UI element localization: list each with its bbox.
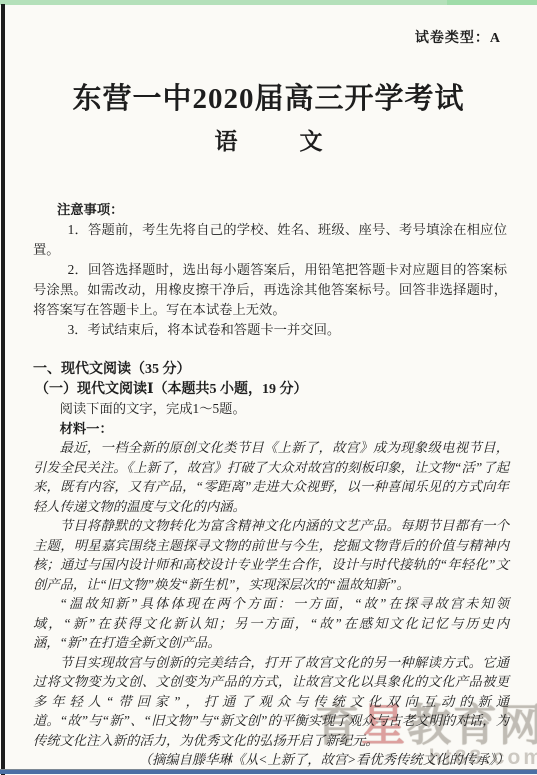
notice-item-1: 1．答题前，考生先将自己的学校、姓名、班级、座号、考号填涂在相应位置。 <box>33 220 507 260</box>
subject-title: 语文 <box>0 126 537 158</box>
subject-char-left: 语 <box>215 129 238 154</box>
notice-item-2: 2．回答选择题时，选出每小题答案后，用铅笔把答题卡对应题目的答案标号涂黑。如需改… <box>33 260 507 320</box>
scan-edge-top <box>0 0 537 5</box>
exam-paper-page: 试卷类型：A 东营一中2020届高三开学考试 语文 注意事项： 1．答题前，考生… <box>0 0 537 775</box>
citation-line: （摘编自滕华琳《从<上新了，故宫>看优秀传统文化的传承》） <box>33 750 509 770</box>
notice-item-3: 3．考试结束后，将本试卷和答题卡一并交回。 <box>33 320 507 340</box>
bottom-rule <box>0 769 537 774</box>
material-body: 最近，一档全新的原创文化类节目《上新了，故宫》成为现象级电视节目，引发全民关注。… <box>33 438 509 770</box>
material-paragraph-3: “温故知新”具体体现在两个方面：一方面，“故”在探寻故宫未知领域，“新”在获得文… <box>33 594 509 653</box>
material-paragraph-4: 节目实现故宫与创新的完美结合，打开了故宫文化的另一种解读方式。它通过将文物变为文… <box>33 653 509 751</box>
page-title: 东营一中2020届高三开学考试 <box>10 80 527 118</box>
material-paragraph-1: 最近，一档全新的原创文化类节目《上新了，故宫》成为现象级电视节目，引发全民关注。… <box>33 438 509 516</box>
material-label: 材料一： <box>33 419 509 439</box>
reading-instruction: 阅读下面的文字，完成1～5题。 <box>33 399 509 419</box>
section-heading: 一、现代文阅读（35 分） <box>33 360 509 380</box>
notice-heading: 注意事项： <box>33 200 507 220</box>
exam-type-label: 试卷类型：A <box>415 27 501 47</box>
subsection-heading: （一）现代文阅读Ⅰ（本题共5 小题，19 分） <box>35 380 509 400</box>
reading-section: 一、现代文阅读（35 分） （一）现代文阅读Ⅰ（本题共5 小题，19 分） 阅读… <box>33 360 509 770</box>
scan-edge-left <box>1 4 5 775</box>
notice-section: 注意事项： 1．答题前，考生先将自己的学校、姓名、班级、座号、考号填涂在相应位置… <box>33 200 507 340</box>
material-paragraph-2: 节目将静默的文物转化为富含精神文化内涵的文艺产品。每期节目都有一个主题，明星嘉宾… <box>33 516 509 594</box>
subject-char-right: 文 <box>300 129 323 154</box>
